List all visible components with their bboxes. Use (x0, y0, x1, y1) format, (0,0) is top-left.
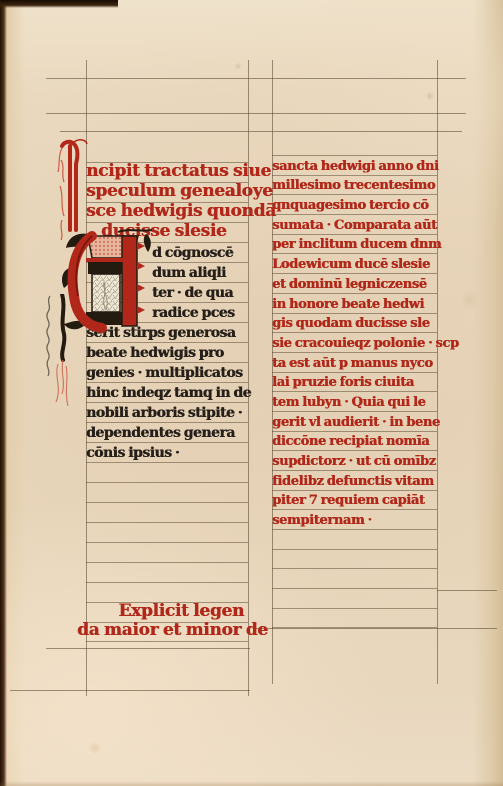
text-line: sumata · Comparata aūt (272, 214, 437, 234)
flourished-initial-I (56, 138, 88, 242)
empty-ruled-line (272, 568, 437, 588)
ruling-vertical-right-col-right (437, 60, 438, 684)
text-line: sancta hedwigi anno dni (272, 155, 437, 175)
empty-ruled-line (86, 462, 248, 482)
marginal-pen-flourish (36, 294, 70, 410)
text-line: in honore beate hedwi (272, 293, 437, 313)
text-line: qnquagesimo tercio cō (272, 194, 437, 214)
empty-ruled-line (86, 542, 248, 562)
empty-ruled-line (272, 608, 437, 628)
empty-ruled-line (272, 549, 437, 569)
text-line: nobili arboris stipite · (86, 402, 248, 422)
text-line: Lodewicum ducē slesie (272, 253, 437, 273)
empty-ruled-line (86, 522, 248, 542)
text-line: tem lubyn · Quia qui le (272, 391, 437, 411)
ruling-through-line-bottom-left-2 (10, 690, 250, 691)
ruling-through-line-bottom-right-2 (255, 628, 497, 629)
text-line: ncipit tractatus siue (86, 162, 248, 182)
text-line: hinc indeqz tamq in de (86, 382, 248, 402)
empty-ruled-line (86, 562, 248, 582)
ruling-through-line-top-1 (46, 78, 466, 79)
ruling-through-line-bottom-left-1 (46, 648, 250, 649)
text-line: cōnis ipsius · (86, 442, 248, 462)
text-line: et dominū legniczensē (272, 273, 437, 293)
ruling-vertical-left-col-right (248, 60, 249, 696)
empty-ruled-line (272, 588, 437, 608)
text-line: sempiternam · (272, 509, 437, 529)
text-line: lai pruzie foris ciuita (272, 372, 437, 392)
text-line: speculum genealoye (86, 182, 248, 202)
page-bottom-edge (0, 781, 503, 786)
text-line: diccōne recipiat nomīa (272, 431, 437, 451)
text-line: Explicit legen (86, 602, 248, 622)
text-line: per inclitum ducem dnm (272, 234, 437, 254)
text-line: ta est aūt p manus nyco (272, 352, 437, 372)
manuscript-page: ncipit tractatus siuespeculum genealoyes… (0, 0, 503, 786)
text-line: sie cracouieqz polonie · scp (272, 332, 437, 352)
text-line: gis quodam ducisse sle (272, 313, 437, 333)
page-top-edge (0, 0, 118, 8)
text-line: beate hedwigis pro (86, 342, 248, 362)
text-line: sce hedwigis quondā (86, 202, 248, 222)
text-line: dependentes genera (86, 422, 248, 442)
text-line: supdictorz · ut cū omībz (272, 450, 437, 470)
ruling-through-line-top-2 (46, 113, 466, 114)
text-line: gerit vl audierit · in bene (272, 411, 437, 431)
text-line: genies · multiplicatos (86, 362, 248, 382)
empty-ruled-line (86, 482, 248, 502)
text-line: da maior et minor de (86, 622, 248, 642)
page-left-edge (0, 0, 7, 786)
empty-ruled-line (272, 529, 437, 549)
empty-ruled-line (86, 502, 248, 522)
right-text-column: sancta hedwigi anno dnimillesimo trecent… (272, 155, 437, 628)
ruling-through-line-top-3 (60, 131, 462, 132)
illuminated-initial-A (58, 228, 154, 334)
ruling-through-line-bottom-right-1 (437, 590, 497, 591)
text-line: millesimo trecentesimo (272, 175, 437, 195)
empty-ruled-line (86, 582, 248, 602)
text-line: fidelibz defunctis vitam (272, 470, 437, 490)
text-line: piter 7 requiem capiāt (272, 490, 437, 510)
